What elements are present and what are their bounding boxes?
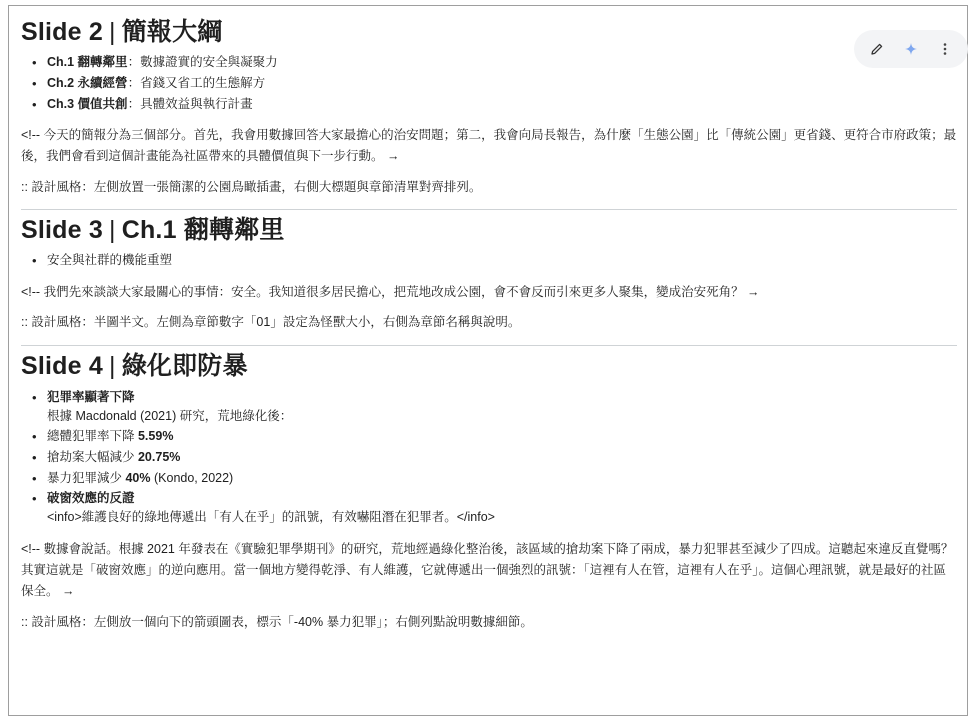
chapter-text: ：省錢又省工的生態解方 [128, 76, 266, 90]
bullet-list: 犯罪率顯著下降 根據 Macdonald (2021) 研究，荒地綠化後： 總體… [21, 388, 957, 527]
stat-label: 搶劫案大幅減少 [47, 450, 138, 464]
title-separator: | [109, 216, 116, 244]
list-item: Ch.3 價值共創：具體效益與執行計畫 [47, 94, 957, 115]
list-item: 暴力犯罪減少 40% (Kondo, 2022) [47, 468, 957, 489]
speaker-note: <!-- 我們先來談談大家最關心的事情：安全。我知道很多居民擔心，把荒地改成公園… [21, 282, 957, 303]
list-item: Ch.2 永續經營：省錢又省工的生態解方 [47, 73, 957, 94]
chapter-text: ：具體效益與執行計畫 [128, 97, 253, 111]
slide-heading: Ch.1 翻轉鄰里 [122, 216, 285, 244]
slide-heading: 簡報大綱 [122, 18, 223, 46]
chapter-label: Ch.1 翻轉鄰里 [47, 55, 128, 69]
list-item: 破窗效應的反證 <info>維護良好的綠地傳遞出「有人在乎」的訊號，有效嚇阻潛在… [47, 489, 957, 527]
slide-heading: 綠化即防暴 [122, 352, 248, 380]
bullet-heading: 破窗效應的反證 [47, 491, 135, 505]
design-note: :: 設計風格：左側放置一張簡潔的公園鳥瞰插畫，右側大標題與章節清單對齊排列。 [21, 177, 957, 197]
chapter-label: Ch.3 價值共創 [47, 97, 128, 111]
list-item: 搶劫案大幅減少 20.75% [47, 447, 957, 468]
bullet-text: 安全與社群的機能重塑 [47, 253, 172, 267]
bullet-heading: 犯罪率顯著下降 [47, 390, 135, 404]
list-item: 總體犯罪率下降 5.59% [47, 426, 957, 447]
slide-4-section: Slide 4|綠化即防暴 犯罪率顯著下降 根據 Macdonald (2021… [21, 350, 957, 632]
citation: (Kondo, 2022) [151, 471, 234, 485]
stat-value: 40% [125, 471, 150, 485]
slide-3-section: Slide 3|Ch.1 翻轉鄰里 安全與社群的機能重塑 <!-- 我們先來談談… [21, 214, 957, 332]
speaker-note: <!-- 今天的簡報分為三個部分。首先，我會用數據回答大家最擔心的治安問題；第二… [21, 125, 957, 167]
bullet-list: 安全與社群的機能重塑 [21, 250, 957, 271]
slide-number: Slide 2 [21, 18, 103, 46]
document-frame: Slide 2|簡報大綱 Ch.1 翻轉鄰里：數據證實的安全與凝聚力 Ch.2 … [8, 5, 968, 716]
slide-title: Slide 2|簡報大綱 [21, 16, 957, 48]
slides-content: Slide 2|簡報大綱 Ch.1 翻轉鄰里：數據證實的安全與凝聚力 Ch.2 … [21, 16, 957, 632]
chapter-text: ：數據證實的安全與凝聚力 [128, 55, 278, 69]
slide-number: Slide 4 [21, 352, 103, 380]
bullet-subtext: 根據 Macdonald (2021) 研究，荒地綠化後： [47, 407, 957, 426]
design-note: :: 設計風格：半圖半文。左側為章節數字「01」設定為怪獸大小，右側為章節名稱與… [21, 312, 957, 332]
stat-label: 總體犯罪率下降 [47, 429, 138, 443]
slide-divider [21, 209, 957, 210]
title-separator: | [109, 18, 116, 46]
slide-title: Slide 3|Ch.1 翻轉鄰里 [21, 214, 957, 246]
slide-number: Slide 3 [21, 216, 103, 244]
stat-label: 暴力犯罪減少 [47, 471, 125, 485]
design-note: :: 設計風格：左側放一個向下的箭頭圖表，標示「-40% 暴力犯罪」；右側列點說… [21, 612, 957, 632]
list-item: 安全與社群的機能重塑 [47, 250, 957, 271]
speaker-note: <!-- 數據會說話。根據 2021 年發表在《實驗犯罪學期刊》的研究，荒地經過… [21, 539, 957, 602]
stat-value: 20.75% [138, 450, 180, 464]
stat-value: 5.59% [138, 429, 173, 443]
list-item: 犯罪率顯著下降 根據 Macdonald (2021) 研究，荒地綠化後： [47, 388, 957, 426]
slide-2-section: Slide 2|簡報大綱 Ch.1 翻轉鄰里：數據證實的安全與凝聚力 Ch.2 … [21, 16, 957, 197]
title-separator: | [109, 352, 116, 380]
chapter-label: Ch.2 永續經營 [47, 76, 128, 90]
bullet-subtext: <info>維護良好的綠地傳遞出「有人在乎」的訊號，有效嚇阻潛在犯罪者。</in… [47, 508, 957, 527]
slide-title: Slide 4|綠化即防暴 [21, 350, 957, 382]
list-item: Ch.1 翻轉鄰里：數據證實的安全與凝聚力 [47, 52, 957, 73]
outline-list: Ch.1 翻轉鄰里：數據證實的安全與凝聚力 Ch.2 永續經營：省錢又省工的生態… [21, 52, 957, 115]
slide-divider [21, 345, 957, 346]
